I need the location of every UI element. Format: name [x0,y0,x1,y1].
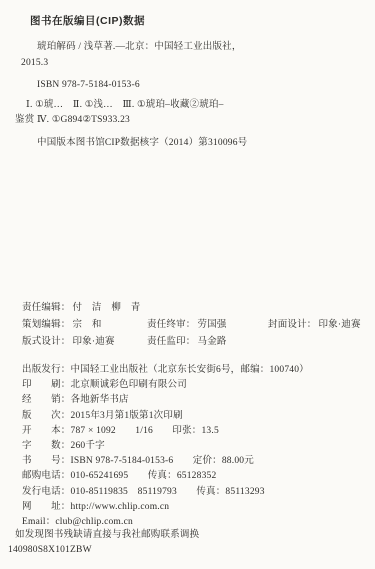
colophon-line-website: 网 址：http://www.chlip.com.cn [22,498,309,513]
colophon-line-distribution-phone: 发行电话：010-85119835 85119793 传真：85113293 [22,483,309,498]
colophon-value: 各地新华书店 [71,391,129,405]
colophon-line-isbn-price: 书 号：ISBN 978-7-5184-0153-6 定价：88.00元 [22,452,309,467]
colophon-label: Email： [22,513,55,527]
colophon-line-distributor: 经 销：各地新华书店 [22,391,309,406]
colophon-label: 邮购电话： [22,467,71,481]
credit-duty-editor: 责任编辑：付 洁 柳 青 [22,302,140,314]
colophon-label: 网 址： [22,498,71,512]
colophon-line-printer: 印 刷：北京顺诚彩色印刷有限公司 [22,376,309,391]
credit-value: 付 洁 柳 青 [73,302,141,314]
colophon-value: 北京顺诚彩色印刷有限公司 [71,376,187,390]
cip-isbn: ISBN 978-7-5184-0153-6 [37,79,140,91]
credit-label: 责任编辑： [22,302,71,314]
credit-value: 劳国强 [198,319,227,331]
credit-print-supervisor: 责任监印：马金路 [147,336,227,348]
credit-label: 责任监印： [147,336,196,348]
colophon-label: 经 销： [22,391,71,405]
book-copyright-page: 图书在版编目(CIP)数据 琥珀解码 / 浅草著.—北京：中国轻工业出版社， 2… [0,0,375,569]
credit-label: 责任终审： [147,319,196,331]
colophon-value: 010-85119835 85119793 传真：85113293 [71,483,265,497]
credit-final-reviewer: 责任终审：劳国强 [147,319,227,331]
colophon-label: 版 次： [22,407,71,421]
colophon-value: 260千字 [71,437,105,451]
colophon-line-word-count: 字 数：260千字 [22,437,309,452]
colophon-value: 010-65241695 传真：65128352 [71,467,217,481]
cip-classification-line2: 鉴赏 Ⅳ. ①G894②TS933.23 [15,114,130,126]
colophon-value: 787 × 1092 1/16 印张：13.5 [71,422,219,436]
credit-value: 宗 和 [73,319,102,331]
colophon-block: 出版发行：中国轻工业出版社（北京东长安街6号，邮编：100740） 印 刷：北京… [22,361,309,528]
credit-label: 版式设计： [22,336,71,348]
colophon-label: 书 号： [22,452,71,466]
credit-layout-design: 版式设计：印象·迪赛 [22,336,115,348]
cip-heading: 图书在版编目(CIP)数据 [30,13,145,28]
colophon-value: ISBN 978-7-5184-0153-6 定价：88.00元 [71,452,254,466]
colophon-label: 字 数： [22,437,71,451]
colophon-value: 中国轻工业出版社（北京东长安街6号，邮编：100740） [71,361,309,375]
colophon-line-publisher: 出版发行：中国轻工业出版社（北京东长安街6号，邮编：100740） [22,361,309,376]
colophon-label: 发行电话： [22,483,71,497]
credit-cover-design: 封面设计：印象·迪赛 [268,319,361,331]
credit-label: 策划编辑： [22,319,71,331]
colophon-line-email: Email：club@chlip.com.cn [22,513,309,528]
colophon-line-edition: 版 次：2015年3月第1版第1次印刷 [22,407,309,422]
colophon-label: 印 刷： [22,376,71,390]
colophon-line-format: 开 本：787 × 1092 1/16 印张：13.5 [22,422,309,437]
colophon-line-mail-order-phone: 邮购电话：010-65241695 传真：65128352 [22,467,309,482]
colophon-value: 2015年3月第1版第1次印刷 [71,407,183,421]
credit-value: 印象·迪赛 [73,336,115,348]
credit-value: 印象·迪赛 [319,319,361,331]
cip-year: 2015.3 [21,57,48,69]
credit-value: 马金路 [198,336,227,348]
colophon-value: http://www.chlip.com.cn [71,502,170,512]
exchange-notice: 如发现图书残缺请直接与我社邮购联系调换 [15,529,199,541]
colophon-label: 出版发行： [22,361,71,375]
cip-record-number: 中国版本图书馆CIP数据核字（2014）第310096号 [37,137,247,149]
cip-title-line: 琥珀解码 / 浅草著.—北京：中国轻工业出版社， [37,41,242,53]
credit-planning-editor: 策划编辑：宗 和 [22,319,102,331]
cip-classification-line1: Ⅰ. ①琥… Ⅱ. ①浅… Ⅲ. ①琥珀–收藏②琥珀– [26,99,224,111]
print-code: 140980S8X101ZBW [8,544,92,556]
colophon-value: club@chlip.com.cn [55,517,133,527]
colophon-label: 开 本： [22,422,71,436]
credit-label: 封面设计： [268,319,317,331]
